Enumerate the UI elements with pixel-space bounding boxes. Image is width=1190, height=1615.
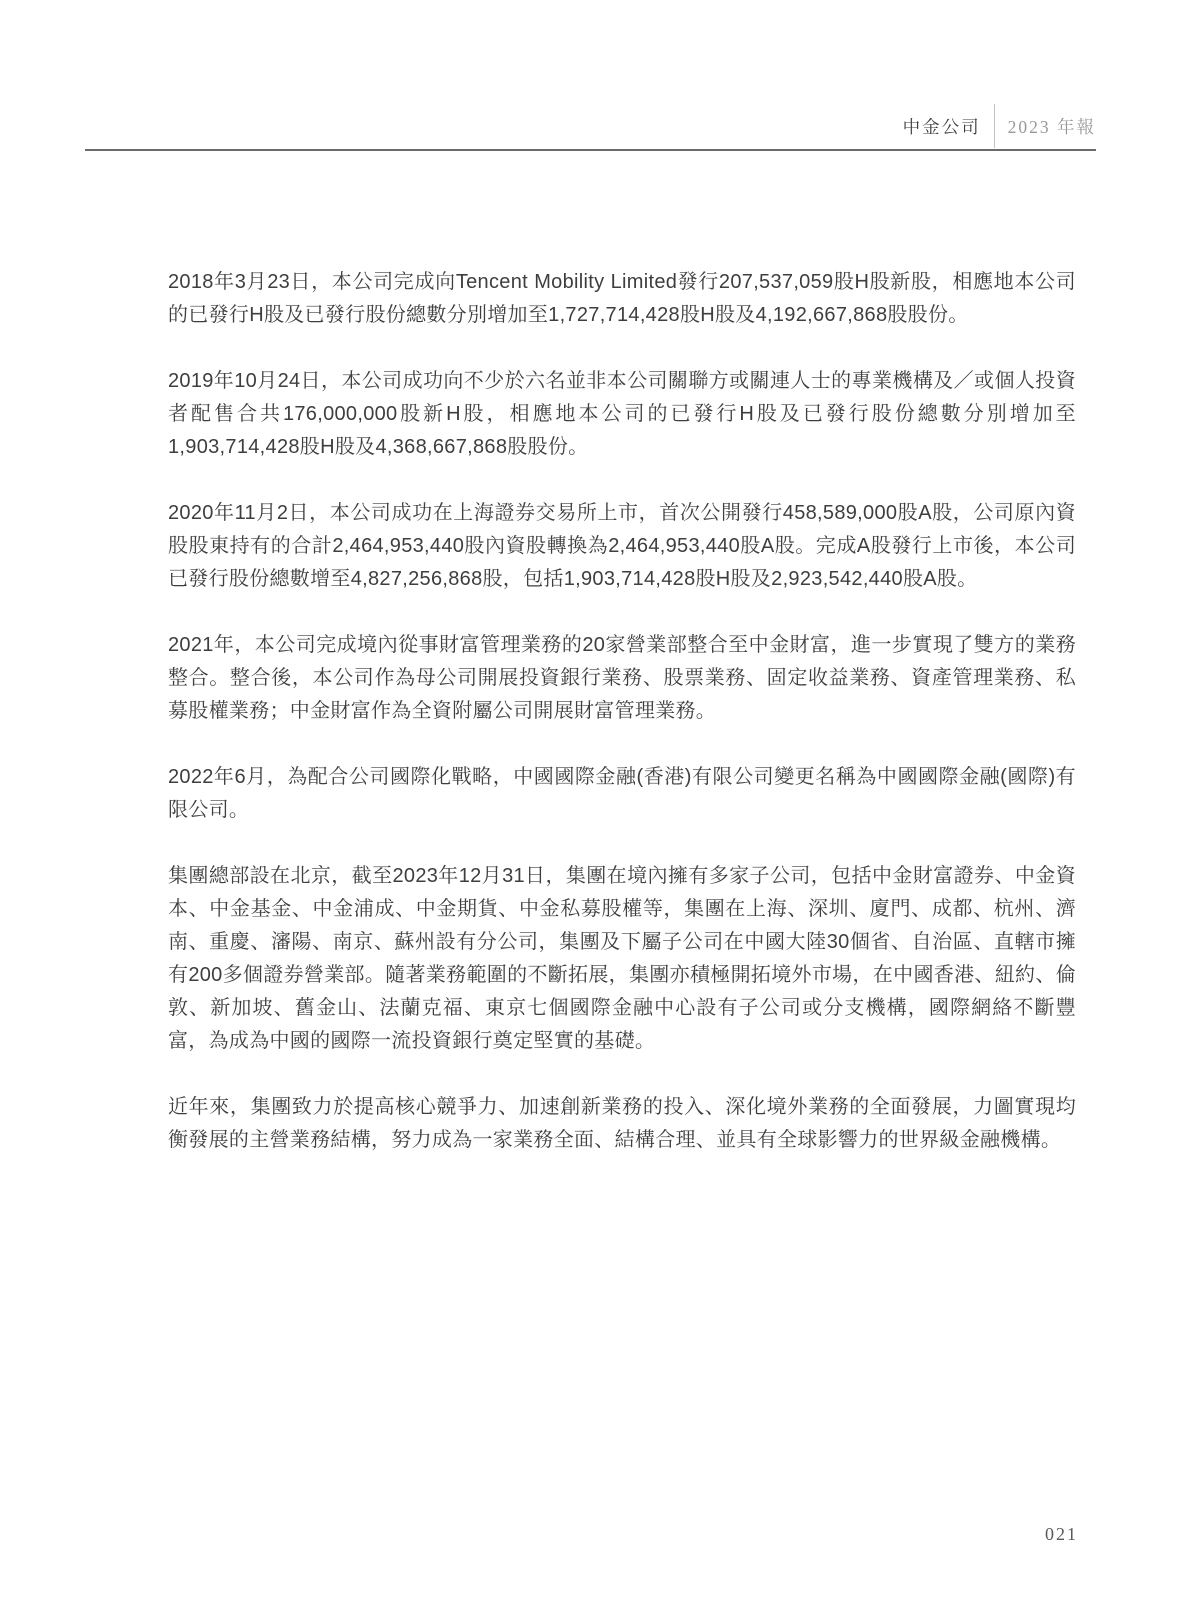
paragraph-2021-wealth-management-integration: 2021年，本公司完成境內從事財富管理業務的20家營業部整合至中金財富，進一步實…	[168, 629, 1076, 728]
paragraph-group-overview: 集團總部設在北京，截至2023年12月31日，集團在境內擁有多家子公司，包括中金…	[168, 860, 1076, 1058]
annual-report-page: 中金公司 2023 年報 2018年3月23日，本公司完成向Tencent Mo…	[0, 0, 1190, 1615]
paragraph-recent-strategy: 近年來，集團致力於提高核心競爭力、加速創新業務的投入、深化境外業務的全面發展，力…	[168, 1091, 1076, 1157]
page-number: 021	[1045, 1524, 1078, 1545]
paragraph-2020-a-share-listing: 2020年11月2日，本公司成功在上海證券交易所上市，首次公開發行458,589…	[168, 497, 1076, 596]
body-text-block: 2018年3月23日，本公司完成向Tencent Mobility Limite…	[168, 266, 1076, 1157]
paragraph-2019-placement: 2019年10月24日，本公司成功向不少於六名並非本公司關聯方或關連人士的專業機…	[168, 365, 1076, 464]
page-header: 中金公司 2023 年報	[903, 104, 1096, 148]
paragraph-2018-h-share-issue: 2018年3月23日，本公司完成向Tencent Mobility Limite…	[168, 266, 1076, 332]
header-rule	[85, 149, 1096, 151]
header-divider	[994, 104, 995, 148]
report-year-title: 2023 年報	[1008, 114, 1096, 139]
paragraph-2022-rename: 2022年6月，為配合公司國際化戰略，中國國際金融(香港)有限公司變更名稱為中國…	[168, 761, 1076, 827]
company-name: 中金公司	[903, 114, 981, 139]
